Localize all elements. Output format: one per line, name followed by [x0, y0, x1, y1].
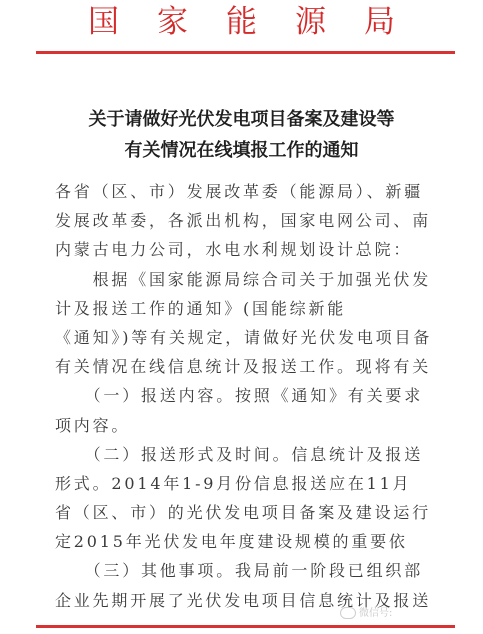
body-line: （一）报送内容。按照《通知》有关要求统计及报送各: [55, 381, 433, 410]
agency-name: 国家能源局: [88, 3, 433, 41]
wechat-icon: [340, 607, 356, 619]
footer-divider: [36, 625, 455, 628]
body-line: （二）报送形式及时间。信息统计及报送采用在线填报: [55, 440, 433, 469]
wechat-watermark: 微信号:: [340, 604, 392, 619]
watermark-text: 微信号:: [359, 608, 392, 619]
body-line: 有关情况在线信息统计及报送工作。现将有关事项通知如下：: [55, 352, 433, 381]
body-line: 根据《国家能源局综合司关于加强光伏发电项目信息统: [55, 265, 433, 294]
body-line: 项内容。: [55, 411, 433, 440]
body-line: 计及报送工作的通知》(国能综新能[2014]389号，以下简称: [55, 294, 433, 323]
title-line-1: 关于请做好光伏发电项目备案及建设等: [0, 104, 483, 135]
title-line-2: 有关情况在线填报工作的通知: [0, 135, 483, 166]
body-line: 省（区、市）的光伏发电项目备案及建设运行情况将作为确: [55, 498, 433, 527]
document-title: 关于请做好光伏发电项目备案及建设等 有关情况在线填报工作的通知: [0, 104, 483, 166]
body-line: 形式。2014年1-9月份信息报送应在11月15日前完成。各: [55, 469, 433, 498]
body-line: （三）其他事项。我局前一阶段已组织部分地区及电网: [55, 556, 433, 585]
letterhead-divider: [36, 51, 455, 54]
letterhead: 国家能源局: [0, 2, 483, 42]
body-line: 定2015年光伏发电年度建设规模的重要依据。: [55, 527, 433, 556]
document-body: 各省（区、市）发展改革委（能源局）、新疆生产建设兵团 发展改革委，各派出机构，国…: [55, 177, 433, 615]
body-line: 《通知》)等有关规定，请做好光伏发电项目备案及建设等: [55, 323, 433, 352]
body-line: 各省（区、市）发展改革委（能源局）、新疆生产建设兵团: [55, 177, 433, 206]
body-line: 内蒙古电力公司，水电水利规划设计总院：: [55, 235, 433, 264]
body-line: 发展改革委，各派出机构，国家电网公司、南方电网公司，: [55, 206, 433, 235]
